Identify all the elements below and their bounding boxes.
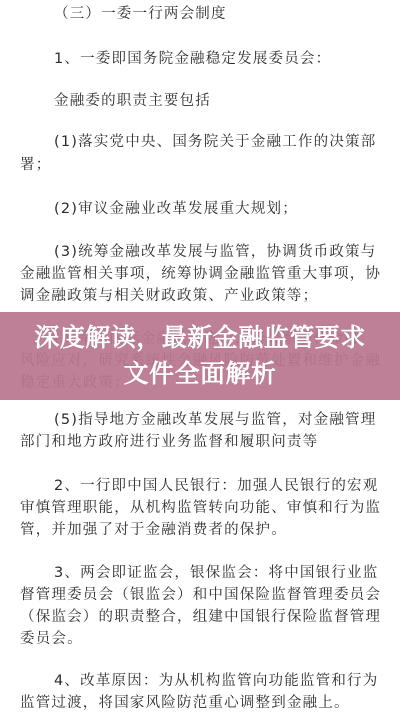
- document-page: （三）一委一行两会制度 1、一委即国务院金融稳定发展委员会： 金融委的职责主要包…: [0, 0, 400, 717]
- duty-1-line-2: 署；: [20, 154, 382, 176]
- item4-line-1: 4、改革原因：为从机构监管向功能监管和行为: [54, 670, 400, 692]
- item3-line-1: 3、两会即证监会，银保监会：将中国银行业监: [54, 562, 400, 584]
- section-heading: （三）一委一行两会制度: [54, 3, 400, 25]
- item3-line-2: 督管理委员会（银监会）和中国保险监督管理委员会: [20, 584, 382, 606]
- duty-5-line-2: 部门和地方政府进行业务监督和履职问责等: [20, 431, 382, 453]
- duty-3-line-3: 调金融政策与相关财政政策、产业政策等；: [20, 285, 382, 307]
- duty-3-line-2: 金融监管相关事项，统筹协调金融监管重大事项，协: [20, 263, 382, 285]
- duty-1-line-1: (1)落实党中央、国务院关于金融工作的决策部: [54, 131, 400, 153]
- item2-line-2: 审慎管理职能，从机构监管转向功能、审慎和行为监: [20, 497, 382, 519]
- duty-3-line-1: (3)统筹金融改革发展与监管，协调货币政策与: [54, 241, 400, 263]
- item2-line-3: 管，并加强了对于金融消费者的保护。: [20, 519, 382, 541]
- item1-title: 1、一委即国务院金融稳定发展委员会：: [54, 48, 400, 70]
- banner-title-line-1: 深度解读，最新金融监管要求: [0, 322, 400, 354]
- item2-line-1: 2、一行即中国人民银行：加强人民银行的宏观: [54, 475, 400, 497]
- item4-line-2: 监管过渡，将国家风险防范重心调整到金融上。: [20, 692, 382, 714]
- duty-5-line-1: (5)指导地方金融改革发展与监管，对金融管理: [54, 409, 400, 431]
- banner-title-line-2: 文件全面解析: [0, 358, 400, 390]
- duty-2-line-1: (2)审议金融业改革发展重大规划；: [54, 198, 400, 220]
- headline-banner: 深度解读，最新金融监管要求 文件全面解析: [0, 312, 400, 400]
- item3-line-3: （保监会）的职责整合，组建中国银行保险监督管理: [20, 606, 382, 628]
- item3-line-4: 委员会。: [20, 628, 382, 650]
- item1-intro: 金融委的职责主要包括: [54, 90, 400, 112]
